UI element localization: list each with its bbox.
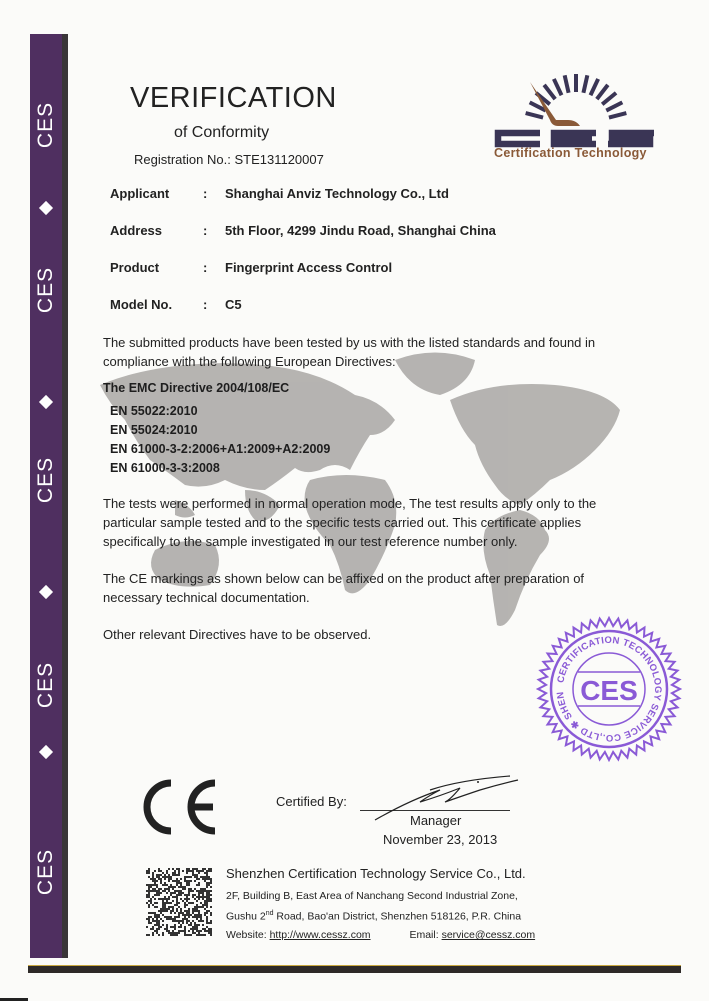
field-label: Model No.	[110, 297, 172, 312]
ce-paragraph: The CE markings as shown below can be af…	[103, 569, 613, 607]
strip-label-text: CES	[34, 102, 58, 148]
address-part: Gushu 2	[226, 911, 266, 923]
bottom-rule	[28, 965, 681, 973]
document-subtitle: of Conformity	[174, 124, 269, 142]
website-label: Website:	[226, 929, 267, 941]
issuer-company-name: Shenzhen Certification Technology Servic…	[226, 866, 526, 881]
registration-number: Registration No.: STE131120007	[134, 152, 324, 167]
tests-paragraph: The tests were performed in normal opera…	[103, 494, 613, 551]
standard-item: EN 61000-3-2:2006+A1:2009+A2:2009	[110, 442, 330, 456]
intro-paragraph: The submitted products have been tested …	[103, 333, 613, 371]
strip-label-text: CES	[34, 457, 58, 503]
qr-code-icon	[146, 868, 212, 936]
svg-text:CES: CES	[580, 675, 638, 706]
strip-label: CES	[30, 95, 62, 155]
email-label: Email:	[409, 929, 438, 941]
strip-label: CES	[30, 450, 62, 510]
address-ordinal: nd	[266, 910, 274, 917]
document-title: VERIFICATION	[130, 82, 337, 115]
email-link[interactable]: service@cessz.com	[442, 929, 536, 941]
strip-label: CES	[30, 655, 62, 715]
registration-label: Registration No.:	[134, 152, 231, 167]
logo-caption: Certification Technology	[494, 146, 664, 160]
certified-by-label: Certified By:	[276, 794, 347, 809]
strip-label: CES	[30, 260, 62, 320]
issuer-contact: Website: http://www.cessz.com Email: ser…	[226, 929, 535, 941]
website-link[interactable]: http://www.cessz.com	[270, 929, 371, 941]
strip-label-text: CES	[34, 662, 58, 708]
standard-item: EN 61000-3-3:2008	[110, 461, 220, 475]
standard-item: EN 55024:2010	[110, 423, 198, 437]
field-label: Applicant	[110, 186, 169, 201]
side-strip-shadow	[62, 34, 68, 958]
signer-role: Manager	[410, 813, 461, 828]
other-directives-note: Other relevant Directives have to be obs…	[103, 625, 613, 644]
certificate-date: November 23, 2013	[383, 832, 497, 847]
standard-item: EN 55022:2010	[110, 404, 198, 418]
registration-value: STE131120007	[234, 152, 323, 167]
field-colon: :	[203, 223, 207, 238]
field-value: C5	[225, 297, 242, 312]
field-colon: :	[203, 186, 207, 201]
field-value: Shanghai Anviz Technology Co., Ltd	[225, 186, 449, 201]
field-label: Address	[110, 223, 162, 238]
issuer-address-line-2: Gushu 2nd Road, Bao'an District, Shenzhe…	[226, 910, 521, 923]
issuer-address-line-1: 2F, Building B, East Area of Nanchang Se…	[226, 890, 518, 902]
strip-label-text: CES	[34, 849, 58, 895]
directive-heading: The EMC Directive 2004/108/EC	[103, 381, 289, 395]
field-value: Fingerprint Access Control	[225, 260, 392, 275]
field-colon: :	[203, 260, 207, 275]
strip-label-text: CES	[34, 267, 58, 313]
field-value: 5th Floor, 4299 Jindu Road, Shanghai Chi…	[225, 223, 496, 238]
ce-mark-icon	[143, 779, 221, 835]
field-colon: :	[203, 297, 207, 312]
strip-label: CES	[30, 842, 62, 902]
field-label: Product	[110, 260, 159, 275]
address-part: Road, Bao'an District, Shenzhen 518126, …	[274, 911, 522, 923]
